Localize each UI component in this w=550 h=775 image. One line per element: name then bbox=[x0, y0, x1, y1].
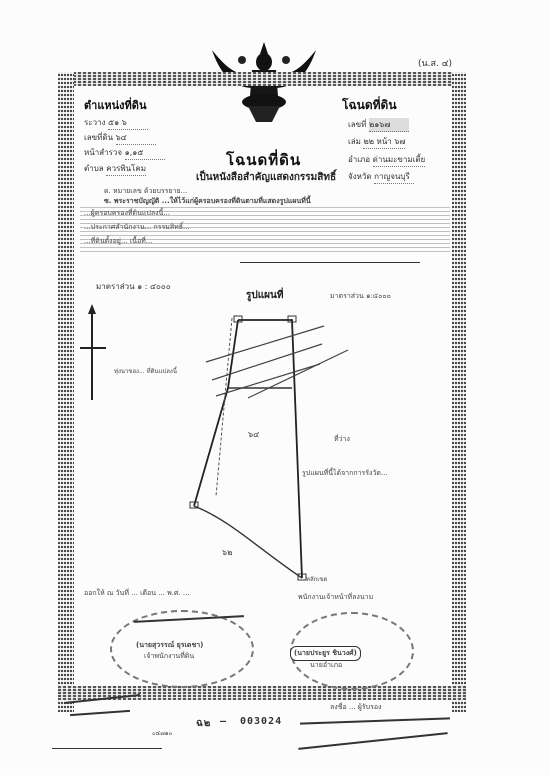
field-value: ควรพินโคม bbox=[106, 162, 146, 176]
right-field-3: จังหวัด กาญจนบุรี bbox=[348, 170, 414, 184]
body-line-4: ...ที่ดินตั้งอยู่... เนื้อที่... bbox=[84, 236, 152, 247]
right-field-0: เลขที่ ๒๑๖๗ bbox=[348, 118, 409, 132]
serial-dash: — bbox=[220, 716, 227, 727]
form-code: (น.ส. ๔) bbox=[418, 56, 452, 70]
field-label: เล่ม bbox=[348, 137, 361, 146]
field-value: กาญจนบุรี bbox=[374, 170, 414, 184]
corner-marker-label: หลักเขต bbox=[306, 574, 327, 584]
field-label: เลขที่ bbox=[348, 120, 366, 129]
body-line-2: ...ผู้ครอบครองที่ดินแปลงนี้... bbox=[84, 208, 170, 219]
serial-number: 003024 bbox=[240, 716, 282, 727]
field-label: หน้าสำรวจ bbox=[84, 148, 122, 157]
signature-bottom-left-2 bbox=[70, 710, 130, 716]
body-line-3: ...ประกาศสำนักงาน... กรรมสิทธิ์... bbox=[84, 222, 190, 233]
issue-date-line: ออกให้ ณ วันที่ ... เดือน ... พ.ศ. ... bbox=[84, 588, 190, 599]
decorative-border-top bbox=[58, 72, 466, 86]
field-value: ๖๔ bbox=[116, 131, 156, 145]
right-field-2: อำเภอ ด่านมะขามเตี้ย bbox=[348, 153, 425, 167]
field-value: ๒๒ หน้า ๖๗ bbox=[363, 135, 405, 149]
signature-bottom-right-2 bbox=[298, 732, 447, 750]
left-field-2: หน้าสำรวจ ๑,๑๕ bbox=[84, 146, 165, 160]
scale-left: มาตราส่วน ๑ : ๔๐๐๐ bbox=[96, 280, 171, 293]
field-value: ๑,๑๕ bbox=[125, 146, 165, 160]
land-title-deed: (น.ส. ๔) ตำแหน่งที่ดิน ระวาง ๕๑ ๖ เลขที่… bbox=[0, 0, 550, 775]
left-field-0: ระวาง ๕๑ ๖ bbox=[84, 116, 148, 130]
south-parcel-label: ๖๒ bbox=[222, 546, 232, 559]
field-label: ตำบล bbox=[84, 164, 104, 173]
field-label: เลขที่ดิน bbox=[84, 133, 113, 142]
deed-title: โฉนดที่ดิน bbox=[226, 148, 301, 172]
serial-prefix: ฉ๒ bbox=[196, 716, 211, 731]
field-label: ระวาง bbox=[84, 118, 105, 127]
right-header-label: โฉนดที่ดิน bbox=[342, 96, 397, 115]
official-left-name: (นายสุวรรณ์ ยุรเดชา) bbox=[136, 640, 203, 651]
bottom-right-note: ลงชื่อ ... ผู้รับรอง bbox=[330, 702, 381, 713]
left-field-3: ตำบล ควรพินโคม bbox=[84, 162, 146, 176]
parcel-label: ๖๔ bbox=[248, 428, 259, 441]
deed-subtitle: เป็นหนังสือสำคัญแสดงกรรมสิทธิ์ bbox=[196, 170, 336, 185]
right-field-1: เล่ม ๒๒ หน้า ๖๗ bbox=[348, 135, 405, 149]
field-value: ๒๑๖๗ bbox=[369, 118, 409, 132]
map-annotation-right: รูปแผนที่นี้ได้จากการรังวัด... bbox=[302, 468, 388, 479]
signature-bottom-right-1 bbox=[300, 717, 450, 724]
left-field-1: เลขที่ดิน ๖๔ bbox=[84, 131, 156, 145]
bottom-left-rule bbox=[52, 748, 162, 749]
east-label: ที่ว่าง bbox=[334, 434, 350, 445]
field-label: อำเภอ bbox=[348, 155, 370, 164]
parcel-map bbox=[60, 300, 460, 590]
official-right-title: นายอำเภอ bbox=[310, 660, 342, 671]
map-label-left: ทุ่งนาของ... ที่ดินแปลงนี้ bbox=[114, 366, 177, 376]
left-header-label: ตำแหน่งที่ดิน bbox=[84, 96, 146, 114]
official-right-line: พนักงานเจ้าหน้าที่ลงนาม bbox=[298, 592, 373, 603]
stamp-footer: ๐๔๗๑๐ bbox=[152, 728, 172, 738]
divider-line bbox=[240, 262, 420, 263]
field-value: ๕๑ ๖ bbox=[108, 116, 148, 130]
field-value: ด่านมะขามเตี้ย bbox=[373, 153, 426, 167]
north-arrow-icon bbox=[80, 304, 106, 400]
field-label: จังหวัด bbox=[348, 172, 372, 181]
official-right-name: (นายประยูร ชินวงศ์) bbox=[290, 646, 361, 661]
official-left-title: เจ้าพนักงานที่ดิน bbox=[144, 651, 194, 662]
